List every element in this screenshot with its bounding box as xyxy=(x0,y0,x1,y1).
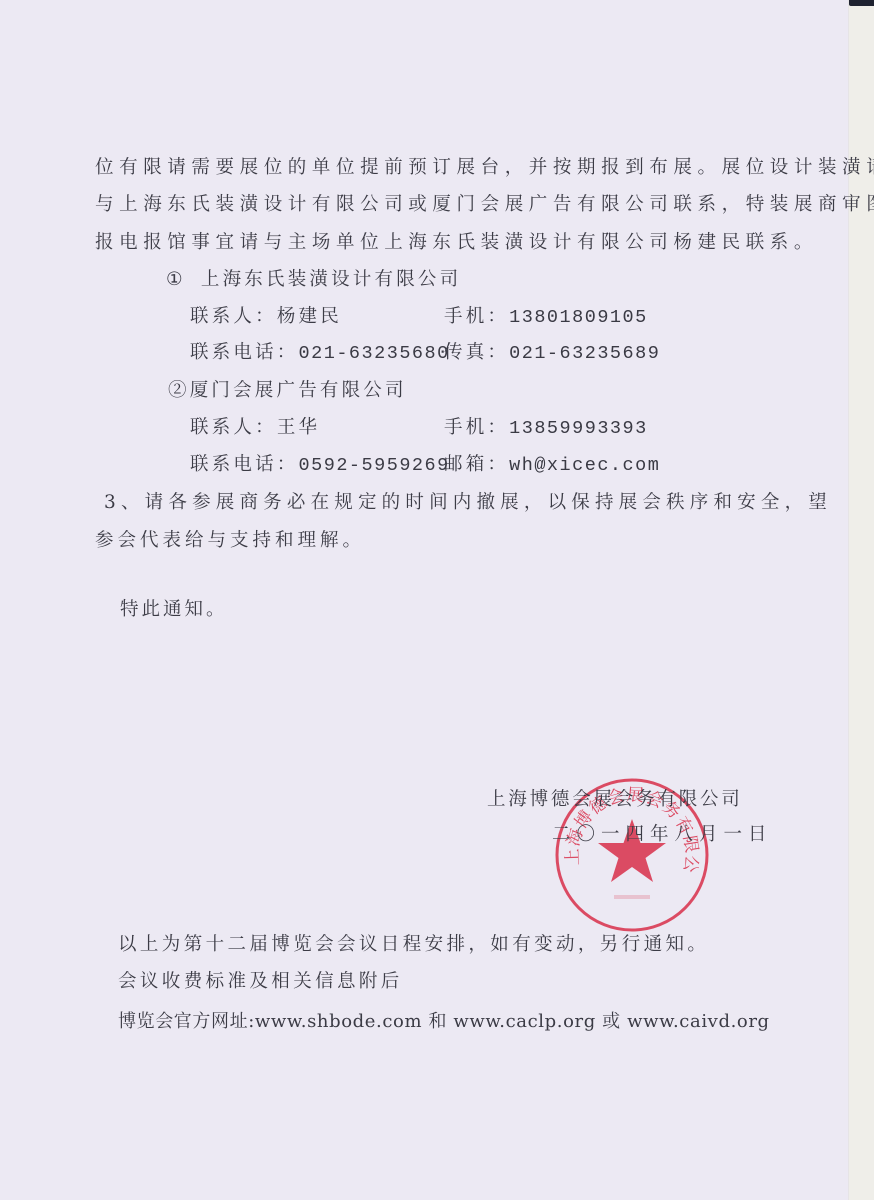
contact-2-mobile: 13859993393 xyxy=(509,418,648,439)
item-3-line-2: 参会代表给与支持和理解。 xyxy=(95,529,365,553)
contact-1-marker: ① xyxy=(166,269,186,290)
contact-1-fax: 021-63235689 xyxy=(509,343,660,364)
contact-2-mobile-label: 手机： xyxy=(444,417,509,438)
contact-2-company-name: 厦门会展广告有限公司 xyxy=(190,380,407,401)
contact-1-phone-label: 联系电话： xyxy=(190,342,299,363)
scanned-page: 位有限请需要展位的单位提前预订展台，并按期报到布展。展位设计装潢请 与上海东氏装… xyxy=(0,0,874,1200)
contact-2-email: wh@xicec.com xyxy=(509,455,660,476)
signature-company: 上海博德会展会务有限公司 xyxy=(487,788,743,812)
contact-1-mobile-label: 手机： xyxy=(444,306,509,327)
contact-1-company-name: 上海东氏装潢设计有限公司 xyxy=(201,269,461,290)
contact-2-person-label: 联系人： xyxy=(190,417,277,438)
contact-1-phone-row: 联系电话：021-63235680 xyxy=(190,341,450,366)
item-3-line-1: 3、请各参展商务必在规定的时间内撤展，以保持展会秩序和安全，望 xyxy=(104,491,832,515)
footer-website-line: 博览会官方网址:www.shbode.com 和 www.caclp.org 或… xyxy=(118,1010,770,1034)
contact-1-person-row: 联系人：杨建民 xyxy=(190,305,342,329)
contact-1-person-label: 联系人： xyxy=(190,306,277,327)
contact-2-phone-label: 联系电话： xyxy=(190,454,299,475)
contact-2-email-label: 邮箱： xyxy=(444,454,509,475)
footer-line-2: 会议收费标准及相关信息附后 xyxy=(118,970,403,994)
contact-1-phone: 021-63235680 xyxy=(299,343,450,364)
contact-2-company: ②厦门会展广告有限公司 xyxy=(168,379,407,403)
contact-2-marker: ② xyxy=(168,380,190,401)
paragraph-1-line-2: 与上海东氏装潢设计有限公司或厦门会展广告有限公司联系，特装展商审图 xyxy=(95,193,874,217)
contact-2-person-row: 联系人：王华 xyxy=(190,416,320,440)
contact-1-fax-row: 传真：021-63235689 xyxy=(444,341,660,366)
paragraph-1-line-3: 报电报馆事宜请与主场单位上海东氏装潢设计有限公司杨建民联系。 xyxy=(95,231,818,255)
signature-date: 二〇一四年八月一日 xyxy=(552,823,773,847)
contact-2-person: 王华 xyxy=(277,417,320,438)
contact-2-email-row: 邮箱：wh@xicec.com xyxy=(444,453,660,478)
contact-2-mobile-row: 手机：13859993393 xyxy=(444,416,648,441)
contact-1-person: 杨建民 xyxy=(277,306,342,327)
contact-1-mobile-row: 手机：13801809105 xyxy=(444,305,648,330)
contact-2-phone-row: 联系电话：0592-5959269 xyxy=(190,453,450,478)
footer-line-1: 以上为第十二届博览会会议日程安排，如有变动，另行通知。 xyxy=(118,933,709,957)
contact-1-fax-label: 传真： xyxy=(444,342,509,363)
contact-1-company: ① 上海东氏装潢设计有限公司 xyxy=(166,268,461,292)
paragraph-1-line-1: 位有限请需要展位的单位提前预订展台，并按期报到布展。展位设计装潢请 xyxy=(95,156,874,180)
contact-2-phone: 0592-5959269 xyxy=(299,455,450,476)
scan-corner-shadow xyxy=(849,0,874,6)
closing-text: 特此通知。 xyxy=(120,598,228,622)
contact-1-mobile: 13801809105 xyxy=(509,307,648,328)
page-edge-strip xyxy=(848,0,874,1200)
